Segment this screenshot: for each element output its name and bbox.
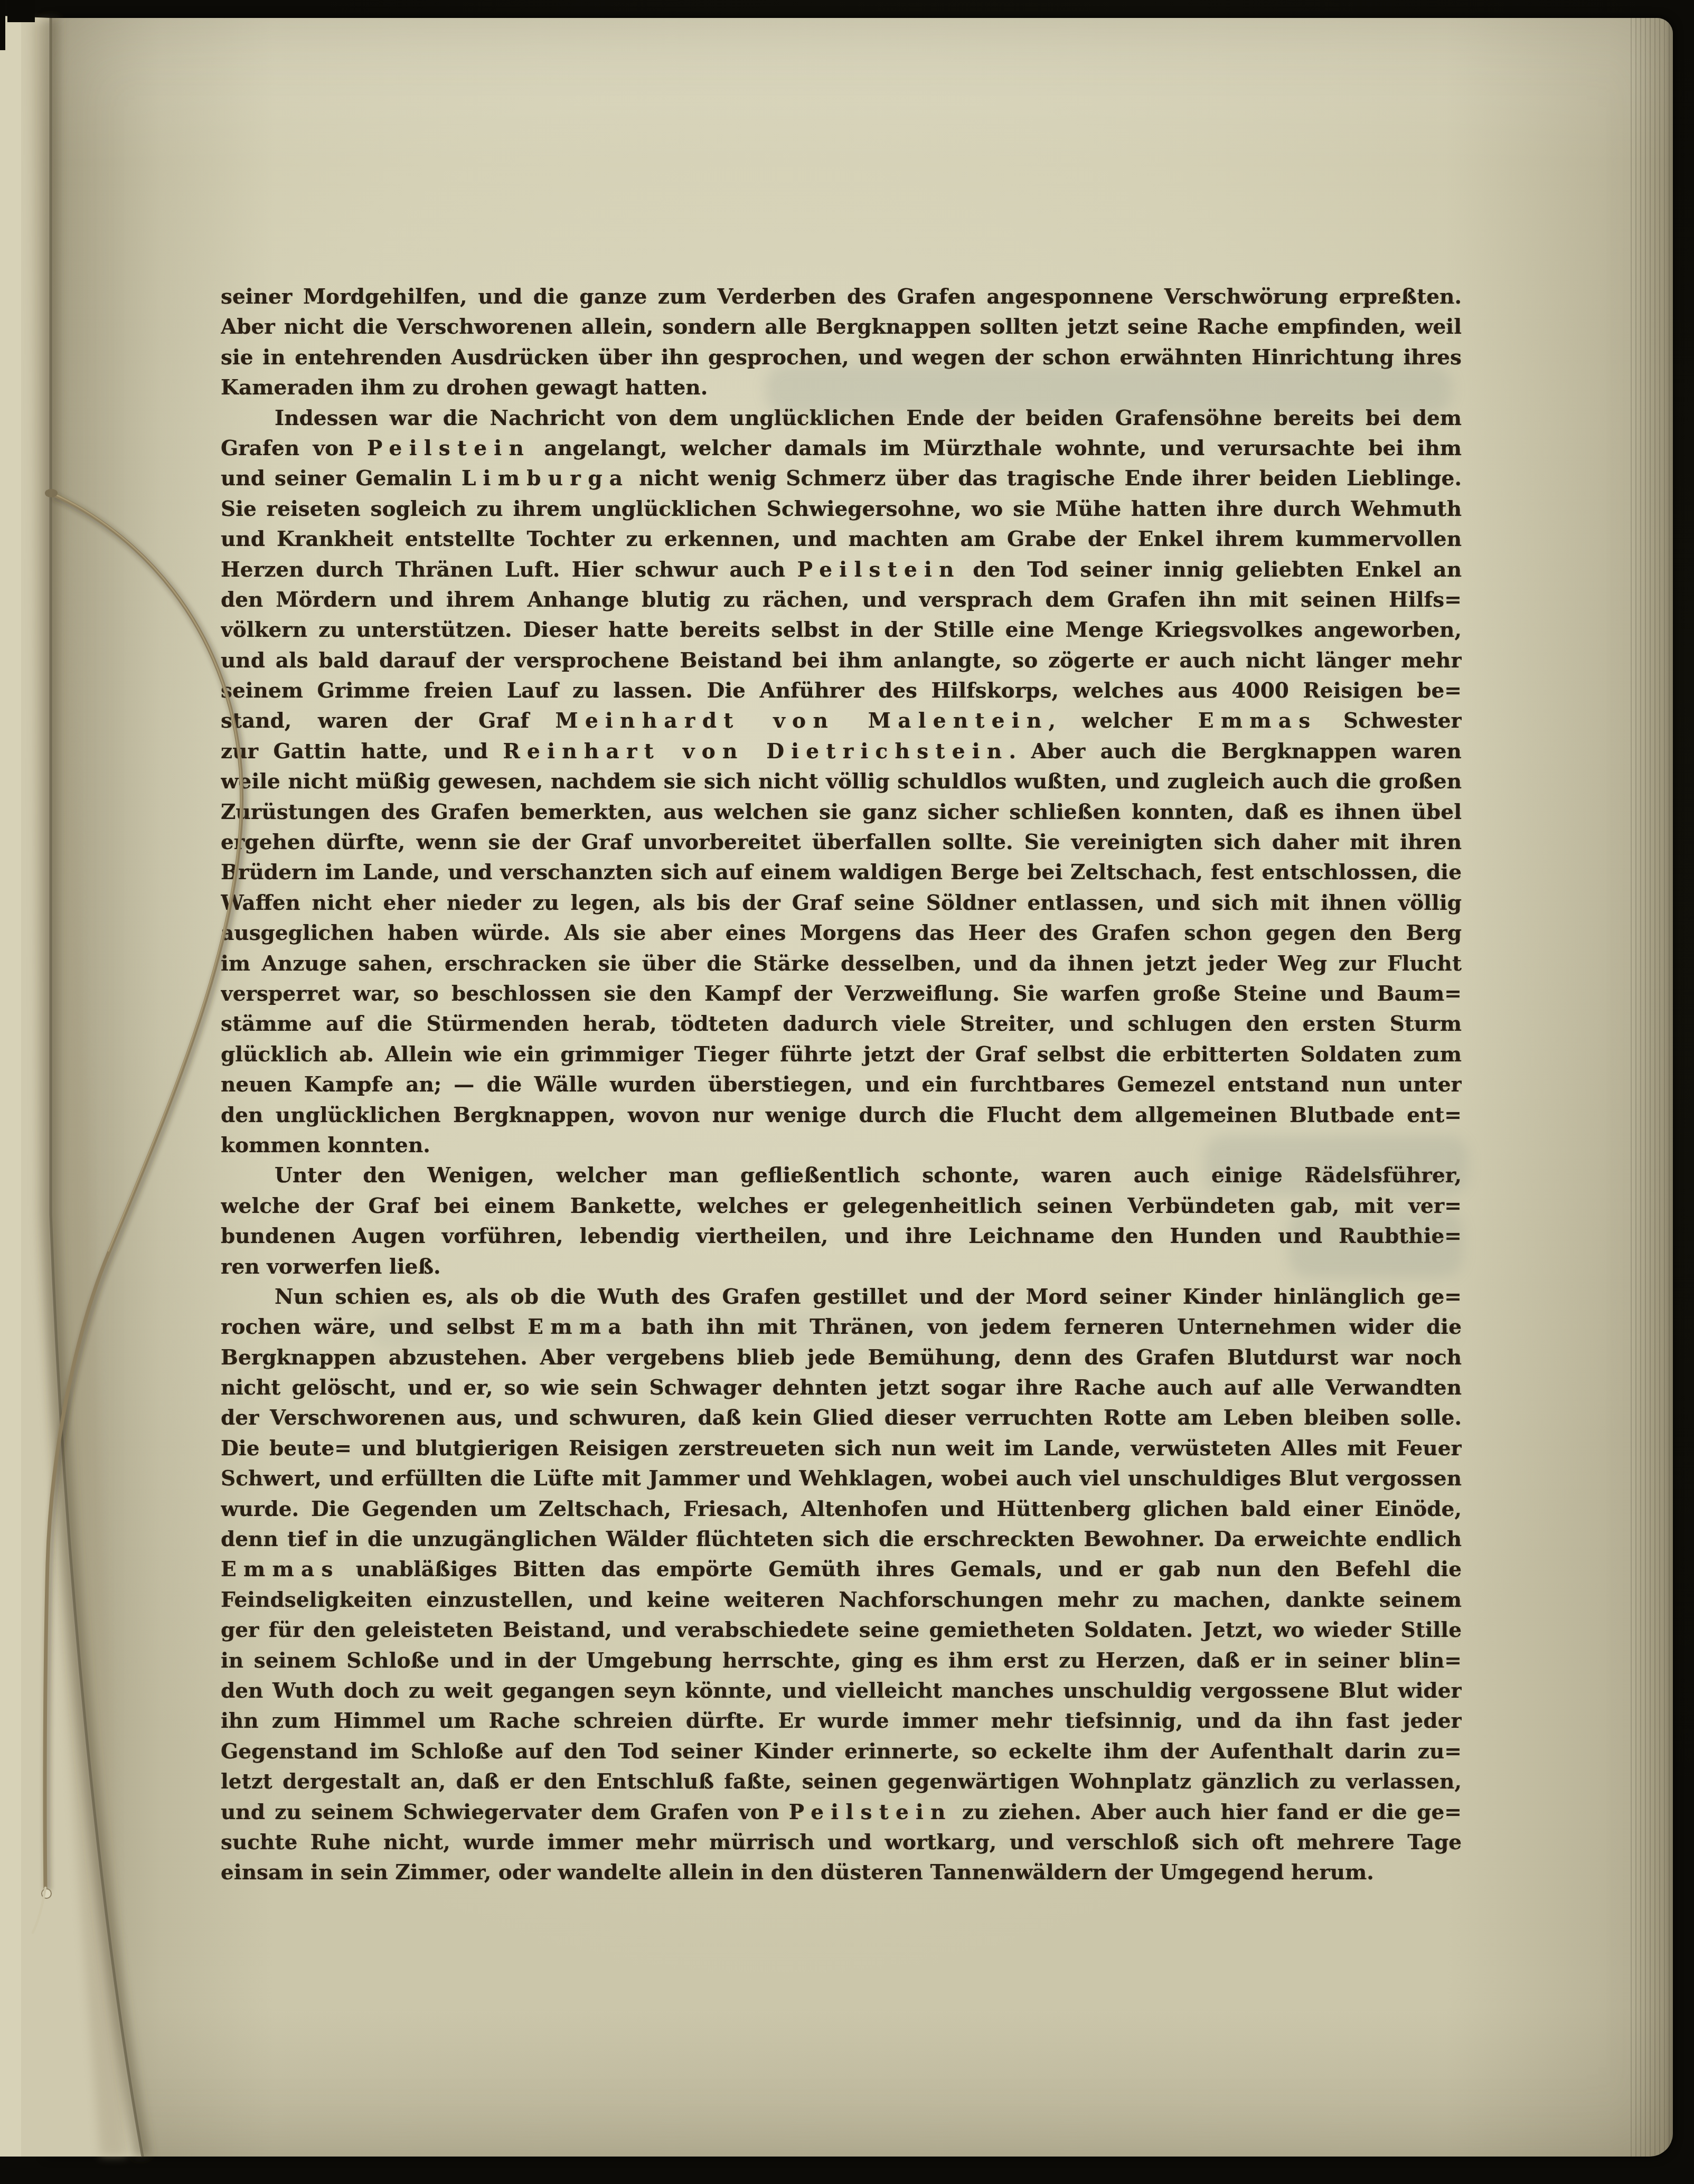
text-line: Unter den Wenigen, welcher man gefließen…	[221, 1161, 1462, 1191]
letterspaced-name: Peilstein	[797, 558, 961, 582]
letterspaced-name: Peilstein	[367, 436, 531, 460]
text-line: bundenen Augen vorführen, lebendig viert…	[221, 1221, 1462, 1251]
text-line: nicht gelöscht, und er, so wie sein Schw…	[221, 1373, 1462, 1403]
text-line: glücklich ab. Allein wie ein grimmiger T…	[221, 1040, 1462, 1070]
text-line: ger für den geleisteten Beistand, und ve…	[221, 1615, 1462, 1645]
text-line: Waffen nicht eher nieder zu legen, als b…	[221, 888, 1462, 918]
text-line: Brüdern im Lande, und verschanzten sich …	[221, 858, 1462, 888]
text-line: der Verschworenen aus, und schwuren, daß…	[221, 1403, 1462, 1433]
text-line: Kameraden ihm zu drohen gewagt hatten.	[221, 373, 1462, 403]
text-line: seiner Mordgehilfen, und die ganze zum V…	[221, 282, 1462, 312]
text-line: denn tief in die unzugänglichen Wälder f…	[221, 1524, 1462, 1555]
text-line: den unglücklichen Bergknappen, wovon nur…	[221, 1100, 1462, 1131]
text-line: ausgeglichen haben würde. Als sie aber e…	[221, 918, 1462, 948]
text-line: Sie reiseten sogleich zu ihrem unglückli…	[221, 494, 1462, 524]
letterspaced-name: Limburga	[462, 466, 629, 491]
scan-shadow-notch	[7, 0, 35, 22]
text-line: Gegenstand im Schloße auf den Tod seiner…	[221, 1737, 1462, 1767]
text-line: im Anzuge sahen, erschracken sie über di…	[221, 949, 1462, 979]
text-line: Herzen durch Thränen Luft. Hier schwur a…	[221, 555, 1462, 585]
letterspaced-name: Emma	[528, 1315, 628, 1339]
text-line: und als bald darauf der versprochene Bei…	[221, 646, 1462, 676]
text-line: stand, waren der Graf Meinhardt von Male…	[221, 706, 1462, 736]
text-line: ergehen dürfte, wenn sie der Graf unvorb…	[221, 827, 1462, 858]
text-line: seinem Grimme freien Lauf zu lassen. Die…	[221, 676, 1462, 706]
letterspaced-name: Meinhardt von Malentein	[555, 709, 1048, 733]
text-line: Die beute= und blutgierigen Reisigen zer…	[221, 1434, 1462, 1464]
text-line: Aber nicht die Verschworenen allein, son…	[221, 312, 1462, 342]
thread-frayed-end	[33, 1888, 45, 1933]
text-line: welche der Graf bei einem Bankette, welc…	[221, 1191, 1462, 1221]
text-line: rochen wäre, und selbst Emma bath ihn mi…	[221, 1312, 1462, 1342]
text-line: völkern zu unterstützen. Dieser hatte be…	[221, 615, 1462, 645]
text-line: Grafen von Peilstein angelangt, welcher …	[221, 434, 1462, 464]
text-line: den Wuth doch zu weit gegangen seyn könn…	[221, 1676, 1462, 1706]
text-line: Nun schien es, als ob die Wuth des Grafe…	[221, 1282, 1462, 1312]
text-line: letzt dergestalt an, daß er den Entschlu…	[221, 1767, 1462, 1797]
text-line: neuen Kampfe an; — die Wälle wurden über…	[221, 1070, 1462, 1100]
text-line: und zu seinem Schwiegervater dem Grafen …	[221, 1797, 1462, 1828]
text-line: den Mördern und ihrem Anhange blutig zu …	[221, 585, 1462, 615]
text-line: sie in entehrenden Ausdrücken über ihn g…	[221, 343, 1462, 373]
text-line: Indessen war die Nachricht von dem unglü…	[221, 403, 1462, 434]
letterspaced-name: Emmas	[1198, 709, 1317, 733]
text-line: kommen konnten.	[221, 1131, 1462, 1161]
text-line: Schwert, und erfüllten die Lüfte mit Jam…	[221, 1464, 1462, 1494]
text-line: ihn zum Himmel um Rache schreien dürfte.…	[221, 1706, 1462, 1736]
text-line: Feindseligkeiten einzustellen, und keine…	[221, 1585, 1462, 1615]
text-line: wurde. Die Gegenden um Zeltschach, Fries…	[221, 1494, 1462, 1524]
text-line: versperret war, so beschlossen sie den K…	[221, 979, 1462, 1009]
text-line: ren vorwerfen ließ.	[221, 1252, 1462, 1282]
text-line: Zurüstungen des Grafen bemerkten, aus we…	[221, 797, 1462, 827]
letterspaced-name: Reinhart von Dietrichstein	[503, 739, 1009, 764]
page-text: seiner Mordgehilfen, und die ganze zum V…	[221, 282, 1462, 1888]
text-line: Bergknappen abzustehen. Aber vergebens b…	[221, 1343, 1462, 1373]
text-line: und seiner Gemalin Limburga nicht wenig …	[221, 464, 1462, 494]
letterspaced-name: Emmas	[221, 1557, 340, 1581]
text-line: in seinem Schloße und in der Umgebung he…	[221, 1646, 1462, 1676]
text-line: und Krankheit entstellte Tochter zu erke…	[221, 524, 1462, 554]
text-line: suchte Ruhe nicht, wurde immer mehr mürr…	[221, 1828, 1462, 1858]
text-line: einsam in sein Zimmer, oder wandelte all…	[221, 1858, 1462, 1888]
scan-canvas: seiner Mordgehilfen, und die ganze zum V…	[0, 0, 1694, 2184]
text-line: weile nicht müßig gewesen, nachdem sie s…	[221, 767, 1462, 797]
text-line: zur Gattin hatte, und Reinhart von Dietr…	[221, 737, 1462, 767]
letterspaced-name: Peilstein	[789, 1800, 953, 1824]
text-line: Emmas unabläßiges Bitten das empörte Gem…	[221, 1555, 1462, 1585]
text-line: stämme auf die Stürmenden herab, tödtete…	[221, 1009, 1462, 1039]
